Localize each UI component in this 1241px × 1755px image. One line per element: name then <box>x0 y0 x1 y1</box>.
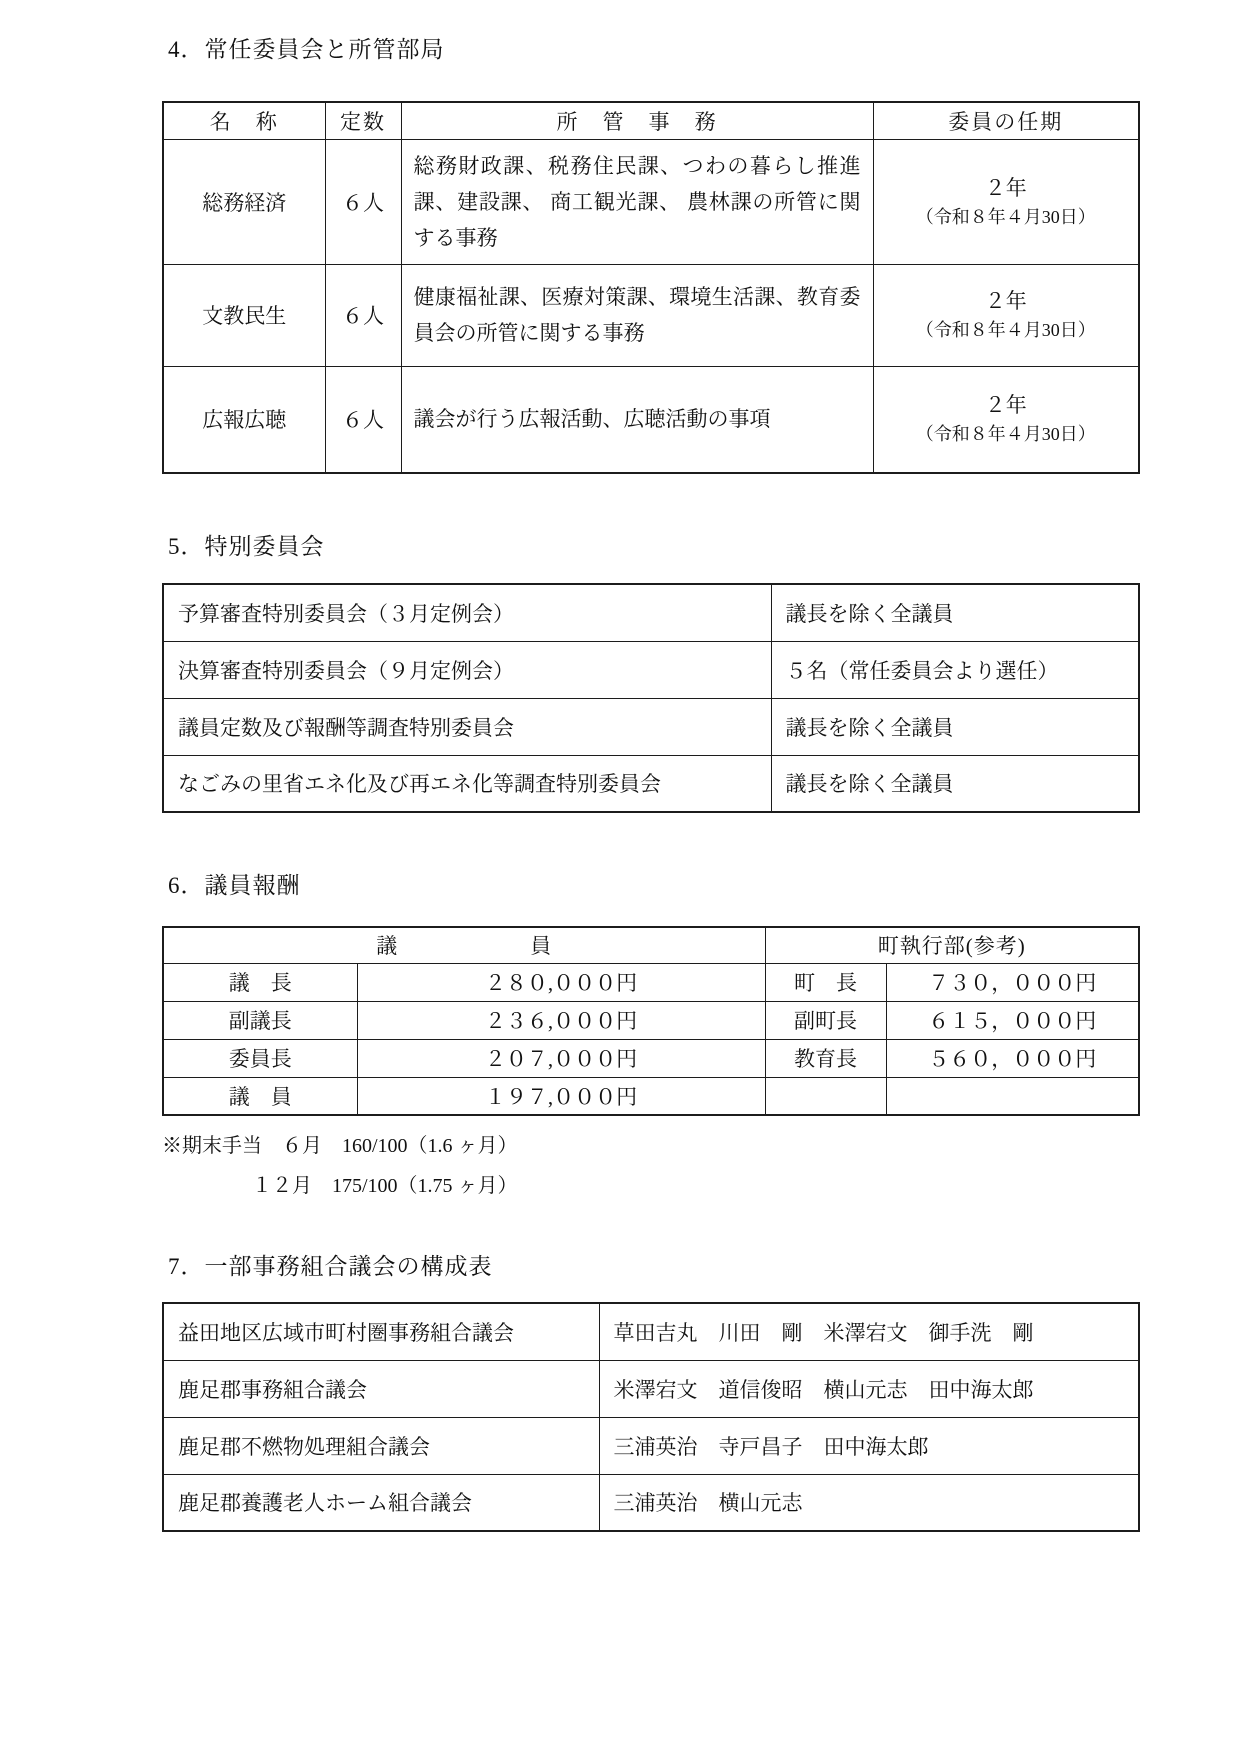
table-row: 広報広聴 ６人 議会が行う広報活動、広聴活動の事項 ２年 （令和８年４月30日） <box>163 366 1139 473</box>
table-row: 鹿足郡養護老人ホーム組合議会 三浦英治 横山元志 <box>163 1474 1139 1531</box>
association-name: 鹿足郡事務組合議会 <box>163 1360 599 1417</box>
executive-amount: ５６０，０００円 <box>886 1039 1139 1077</box>
term-end-allowance-notes: ※期末手当 ６月 160/100（1.6 ヶ月） １２月 175/100（1.7… <box>162 1126 1138 1206</box>
table-row: 議 員 １９７,０００円 <box>163 1077 1139 1115</box>
table-row: 予算審査特別委員会（３月定例会） 議長を除く全議員 <box>163 584 1139 641</box>
table-row: なごみの里省エネ化及び再エネ化等調査特別委員会 議長を除く全議員 <box>163 755 1139 812</box>
document-page: 4．常任委員会と所管部局 名 称 定数 所 管 事 務 委員の任期 総務経済 ６… <box>0 0 1241 1532</box>
committee-name: 総務経済 <box>163 139 325 264</box>
table-row: 益田地区広域市町村圏事務組合議会 草田吉丸 川田 剛 米澤宕文 御手洗 剛 <box>163 1303 1139 1360</box>
term-years: ２年 <box>874 173 1139 203</box>
header-town-executive: 町執行部(参考) <box>765 927 1139 963</box>
committee-name: 文教民生 <box>163 264 325 366</box>
term-years: ２年 <box>874 286 1139 316</box>
position-label: 副議長 <box>163 1001 357 1039</box>
header-committee-name: 名 称 <box>163 102 325 139</box>
table-header-row: 議 員 町執行部(参考) <box>163 927 1139 963</box>
association-name: 鹿足郡養護老人ホーム組合議会 <box>163 1474 599 1531</box>
table-header-row: 名 称 定数 所 管 事 務 委員の任期 <box>163 102 1139 139</box>
association-members: 三浦英治 横山元志 <box>599 1474 1139 1531</box>
committee-duties: 健康福祉課、医療対策課、環境生活課、教育委員会の所管に関する事務 <box>401 264 873 366</box>
committee-term: ２年 （令和８年４月30日） <box>873 366 1139 473</box>
header-duties: 所 管 事 務 <box>401 102 873 139</box>
special-committee-name: 決算審査特別委員会（９月定例会） <box>163 641 771 698</box>
committee-seats: ６人 <box>325 264 401 366</box>
association-members: 米澤宕文 道信俊昭 横山元志 田中海太郎 <box>599 1360 1139 1417</box>
committee-duties: 総務財政課、税務住民課、つわの暮らし推進課、建設課、 商工観光課、 農林課の所管… <box>401 139 873 264</box>
header-seats: 定数 <box>325 102 401 139</box>
section-5-title: 5．特別委員会 <box>168 532 1138 562</box>
executive-label: 町 長 <box>765 963 886 1001</box>
term-date: （令和８年４月30日） <box>874 203 1139 231</box>
table-row: 議 長 ２８０,０００円 町 長 ７３０，０００円 <box>163 963 1139 1001</box>
special-committee-name: 予算審査特別委員会（３月定例会） <box>163 584 771 641</box>
remuneration-table: 議 員 町執行部(参考) 議 長 ２８０,０００円 町 長 ７３０，０００円 副… <box>162 926 1140 1116</box>
executive-amount: ７３０，０００円 <box>886 963 1139 1001</box>
special-committee-members: 議長を除く全議員 <box>771 698 1139 755</box>
association-councils-table: 益田地区広域市町村圏事務組合議会 草田吉丸 川田 剛 米澤宕文 御手洗 剛 鹿足… <box>162 1302 1140 1532</box>
position-label: 議 員 <box>163 1077 357 1115</box>
section-7-title: 7．一部事務組合議会の構成表 <box>168 1252 1138 1282</box>
association-name: 益田地区広域市町村圏事務組合議会 <box>163 1303 599 1360</box>
table-row: 総務経済 ６人 総務財政課、税務住民課、つわの暮らし推進課、建設課、 商工観光課… <box>163 139 1139 264</box>
association-members: 三浦英治 寺戸昌子 田中海太郎 <box>599 1417 1139 1474</box>
executive-label: 副町長 <box>765 1001 886 1039</box>
standing-committees-table: 名 称 定数 所 管 事 務 委員の任期 総務経済 ６人 総務財政課、税務住民課… <box>162 101 1140 474</box>
table-row: 鹿足郡事務組合議会 米澤宕文 道信俊昭 横山元志 田中海太郎 <box>163 1360 1139 1417</box>
committee-seats: ６人 <box>325 366 401 473</box>
term-date: （令和８年４月30日） <box>874 420 1139 448</box>
table-row: 議員定数及び報酬等調査特別委員会 議長を除く全議員 <box>163 698 1139 755</box>
table-row: 決算審査特別委員会（９月定例会） ５名（常任委員会より選任） <box>163 641 1139 698</box>
header-term: 委員の任期 <box>873 102 1139 139</box>
special-committee-members: 議長を除く全議員 <box>771 755 1139 812</box>
executive-label <box>765 1077 886 1115</box>
committee-name: 広報広聴 <box>163 366 325 473</box>
executive-amount: ６１５，０００円 <box>886 1001 1139 1039</box>
note-june: ※期末手当 ６月 160/100（1.6 ヶ月） <box>162 1126 1138 1166</box>
table-row: 委員長 ２０７,０００円 教育長 ５６０，０００円 <box>163 1039 1139 1077</box>
association-name: 鹿足郡不燃物処理組合議会 <box>163 1417 599 1474</box>
note-december: １２月 175/100（1.75 ヶ月） <box>252 1166 1138 1206</box>
special-committee-name: なごみの里省エネ化及び再エネ化等調査特別委員会 <box>163 755 771 812</box>
special-committee-members: ５名（常任委員会より選任） <box>771 641 1139 698</box>
committee-term: ２年 （令和８年４月30日） <box>873 139 1139 264</box>
position-amount: ２３６,０００円 <box>357 1001 765 1039</box>
association-members: 草田吉丸 川田 剛 米澤宕文 御手洗 剛 <box>599 1303 1139 1360</box>
position-label: 議 長 <box>163 963 357 1001</box>
table-row: 鹿足郡不燃物処理組合議会 三浦英治 寺戸昌子 田中海太郎 <box>163 1417 1139 1474</box>
position-amount: ２０７,０００円 <box>357 1039 765 1077</box>
position-amount: ２８０,０００円 <box>357 963 765 1001</box>
term-years: ２年 <box>874 390 1139 420</box>
executive-amount <box>886 1077 1139 1115</box>
special-committee-name: 議員定数及び報酬等調査特別委員会 <box>163 698 771 755</box>
committee-seats: ６人 <box>325 139 401 264</box>
position-label: 委員長 <box>163 1039 357 1077</box>
special-committees-table: 予算審査特別委員会（３月定例会） 議長を除く全議員 決算審査特別委員会（９月定例… <box>162 583 1140 813</box>
position-amount: １９７,０００円 <box>357 1077 765 1115</box>
section-4-title: 4．常任委員会と所管部局 <box>168 35 1138 65</box>
table-row: 副議長 ２３６,０００円 副町長 ６１５，０００円 <box>163 1001 1139 1039</box>
header-council-members: 議 員 <box>163 927 765 963</box>
committee-duties: 議会が行う広報活動、広聴活動の事項 <box>401 366 873 473</box>
section-6-title: 6．議員報酬 <box>168 871 1138 901</box>
executive-label: 教育長 <box>765 1039 886 1077</box>
term-date: （令和８年４月30日） <box>874 316 1139 344</box>
table-row: 文教民生 ６人 健康福祉課、医療対策課、環境生活課、教育委員会の所管に関する事務… <box>163 264 1139 366</box>
special-committee-members: 議長を除く全議員 <box>771 584 1139 641</box>
committee-term: ２年 （令和８年４月30日） <box>873 264 1139 366</box>
